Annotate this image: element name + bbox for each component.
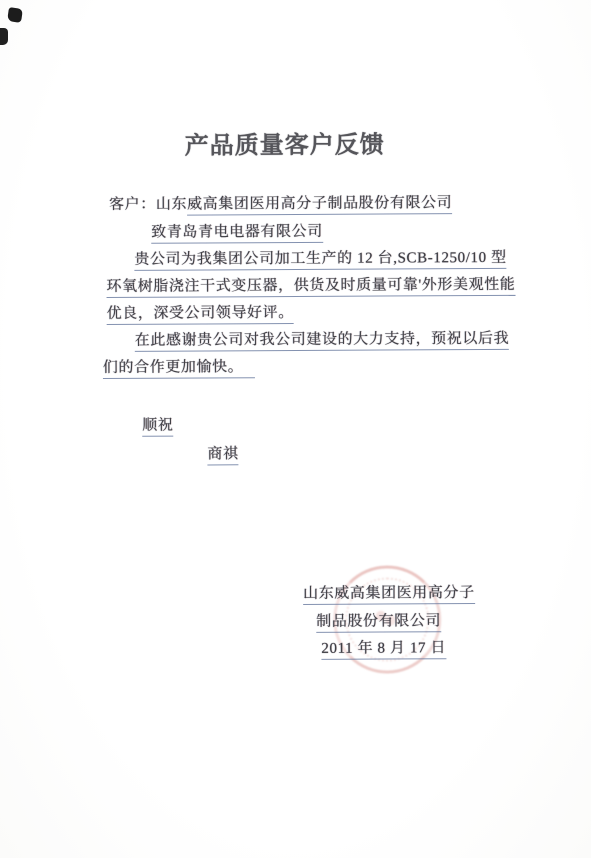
paragraph2-line2: 们的合作更加愉快。	[103, 358, 256, 378]
paragraph1-line1: 贵公司为我集团公司加工生产的 12 台,SCB-1250/10 型	[134, 249, 506, 270]
paragraph1-line2: 环氧树脂浇注干式变压器，供货及时质量可靠'外形美观性能	[106, 276, 515, 297]
signature-company-line1: 山东威高集团医用高分子	[303, 584, 475, 604]
signature-company-line2: 制品股份有限公司	[316, 612, 441, 632]
paragraph2-line1: 在此感谢贵公司对我公司建设的大力支持，预祝以后我	[135, 330, 510, 351]
recipient-name-plain: 山东	[156, 197, 187, 213]
signature-date: 2011 年 8 月 17 日	[321, 639, 446, 659]
recipient-name-underlined: 威高集团医用高分子制品股份有限公司	[187, 195, 452, 215]
recipient-label: 客户：	[109, 197, 156, 213]
paragraph1-line3: 优良，深受公司领导好评。	[107, 304, 294, 324]
salutation-text: 致青岛青电电器有限公司	[151, 224, 323, 243]
scanned-letter-page: 产品质量客户反馈 客户：山东威高集团医用高分子制品股份有限公司 致青岛青电电器有…	[0, 0, 591, 858]
closing-shunzhu: 顺祝	[142, 417, 173, 436]
recipient-line: 客户：山东威高集团医用高分子制品股份有限公司	[109, 194, 452, 215]
closing-shangqi: 商祺	[207, 445, 238, 464]
salutation-line: 致青岛青电电器有限公司	[151, 223, 323, 243]
letter-body: 产品质量客户反馈 客户：山东威高集团医用高分子制品股份有限公司 致青岛青电电器有…	[0, 0, 591, 858]
page-title: 产品质量客户反馈	[185, 125, 385, 161]
